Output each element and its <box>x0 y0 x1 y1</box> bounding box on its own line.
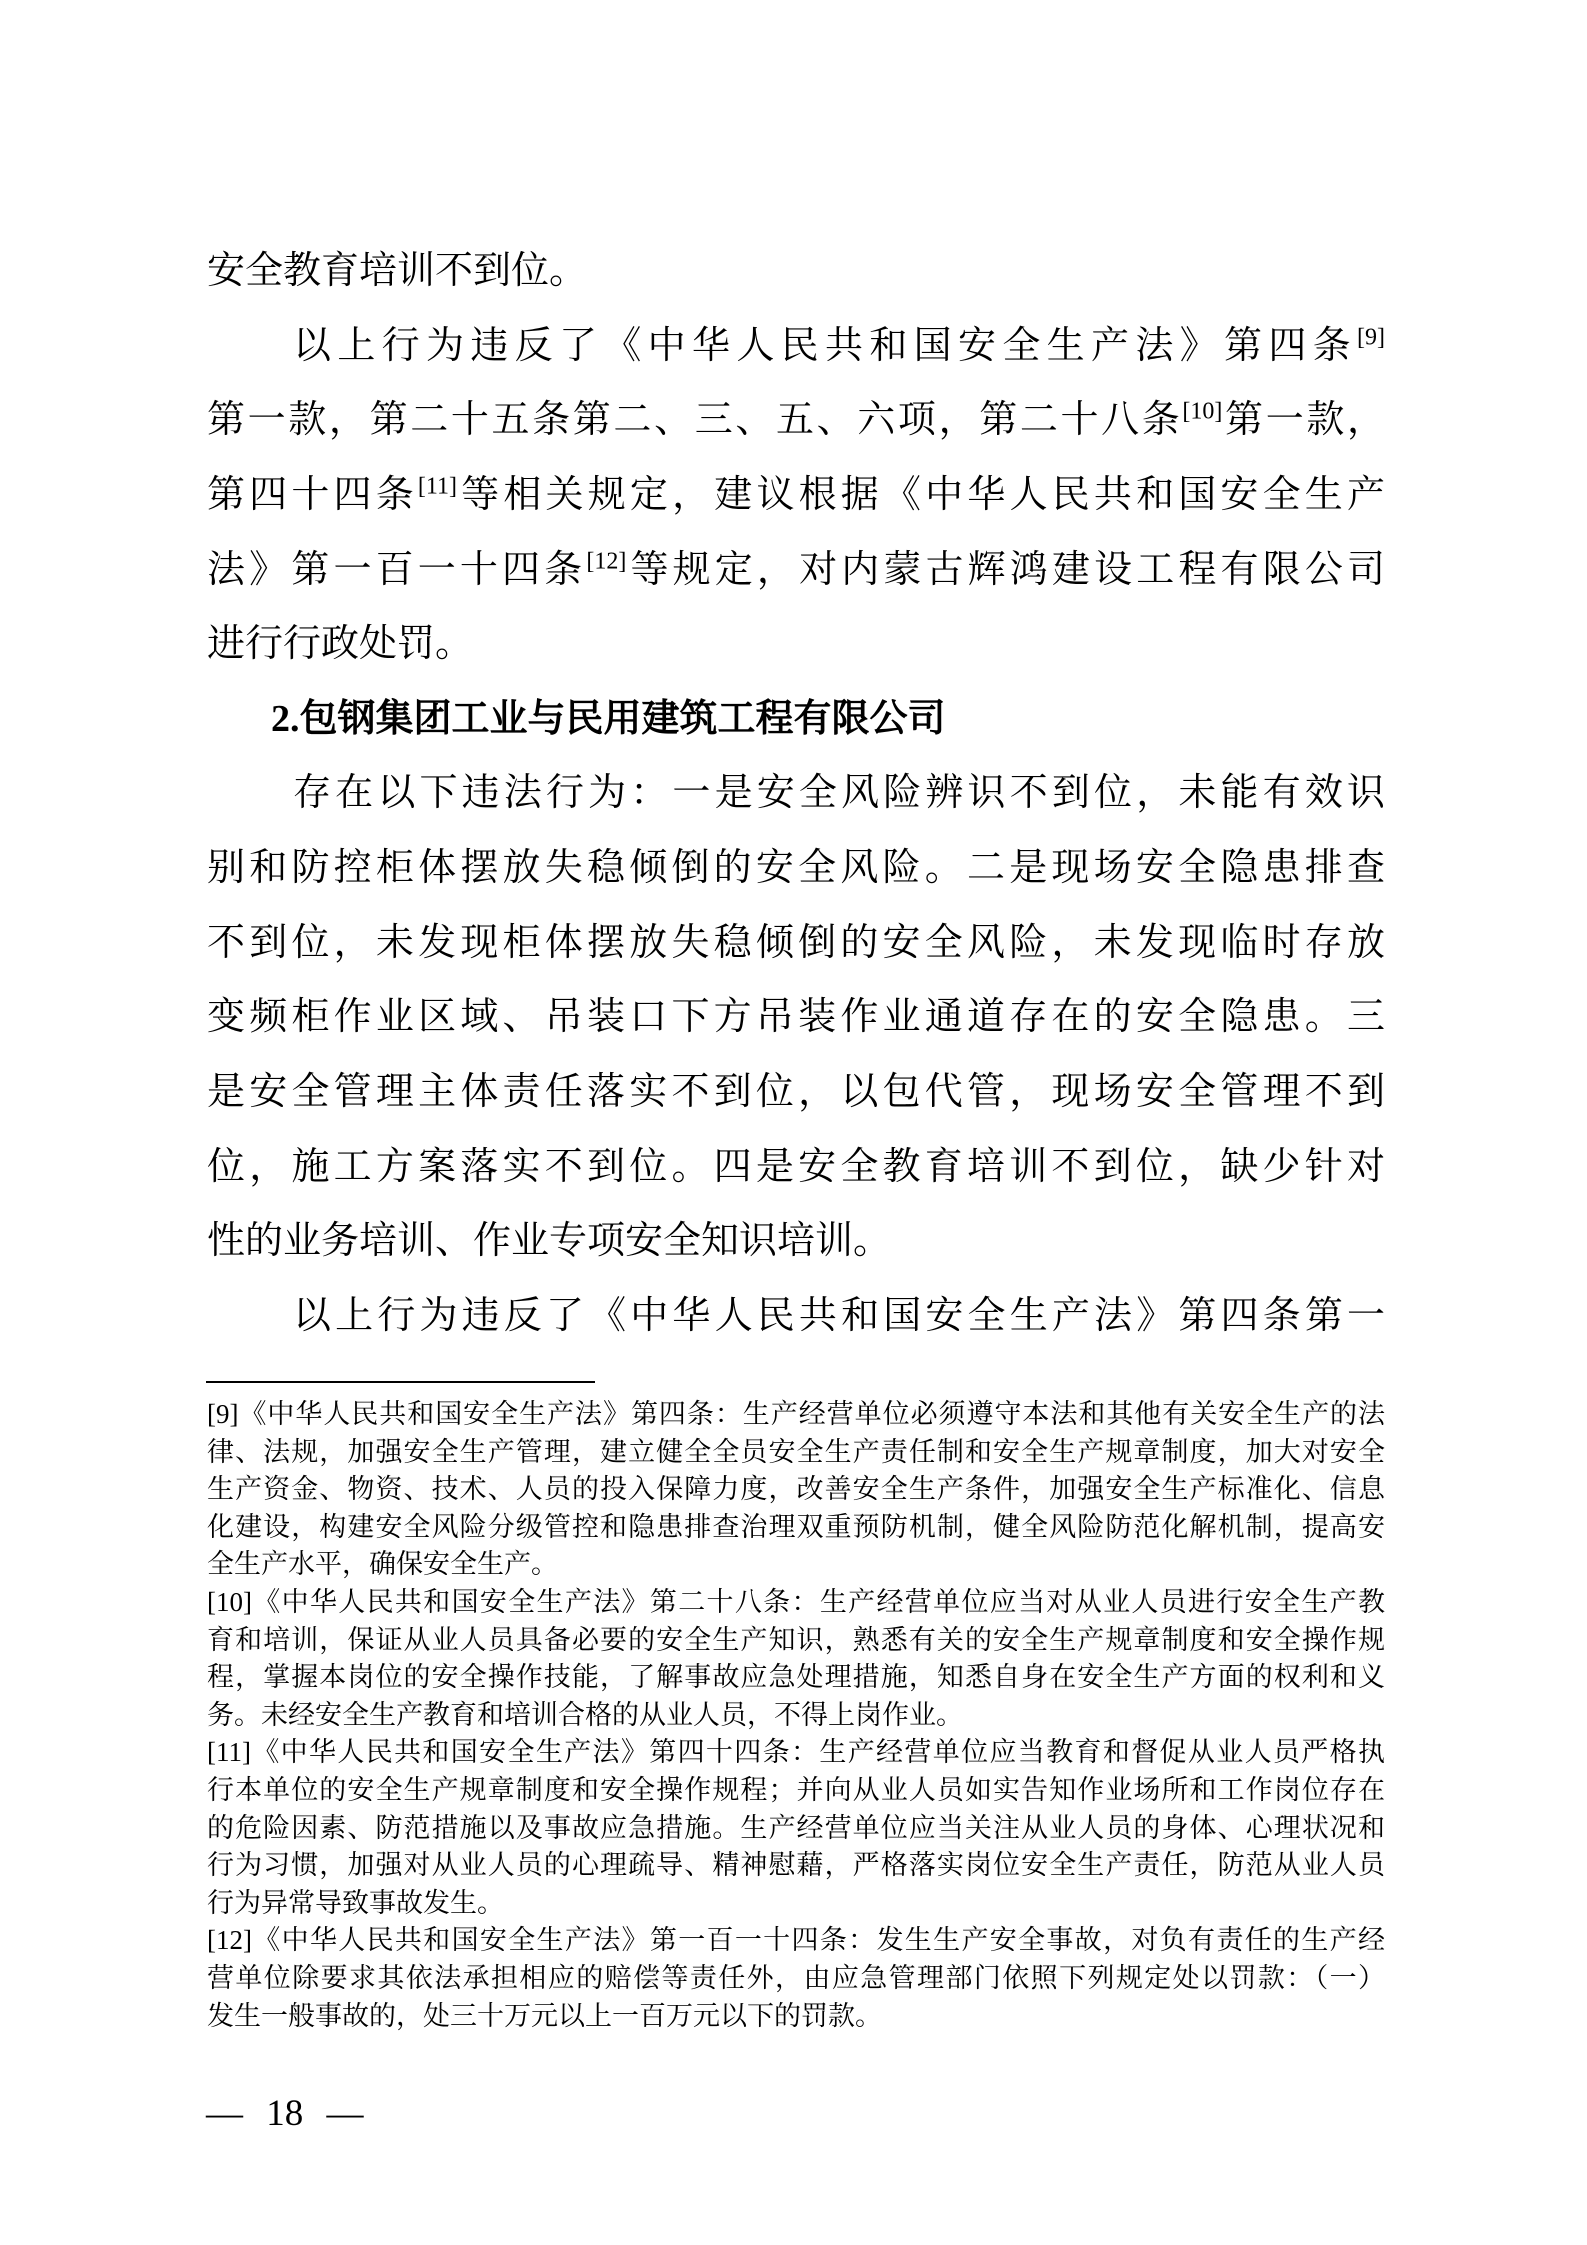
footnote-ref-superscript: [12] <box>586 548 626 574</box>
footnotes: [9]《中华人民共和国安全生产法》第四条：生产经营单位必须遵守本法和其他有关安全… <box>207 1396 1385 2035</box>
footnote-line: 生产资金、物资、技术、人员的投入保障力度，改善安全生产条件，加强安全生产标准化、… <box>207 1471 1385 1509</box>
body-text: 安全教育培训不到位。以上行为违反了《中华人民共和国安全生产法》第四条[9]第一款… <box>207 234 1385 1354</box>
footnote-ref-superscript: [11] <box>418 473 457 499</box>
body-line: 第四十四条[11]等相关规定，建议根据《中华人民共和国安全生产 <box>207 458 1385 533</box>
footnote-line: 程，掌握本岗位的安全操作技能，了解事故应急处理措施，知悉自身在安全生产方面的权利… <box>207 1659 1385 1697</box>
footnote-line: [12]《中华人民共和国安全生产法》第一百一十四条：发生生产安全事故，对负有责任… <box>207 1922 1385 1960</box>
footnote-line: 行本单位的安全生产规章制度和安全操作规程；并向从业人员如实告知作业场所和工作岗位… <box>207 1772 1385 1810</box>
footnote-line: [9]《中华人民共和国安全生产法》第四条：生产经营单位必须遵守本法和其他有关安全… <box>207 1396 1385 1434</box>
body-line: 以上行为违反了《中华人民共和国安全生产法》第四条[9] <box>207 309 1385 384</box>
footnote-line: [11]《中华人民共和国安全生产法》第四十四条：生产经营单位应当教育和督促从业人… <box>207 1734 1385 1772</box>
document-page: 安全教育培训不到位。以上行为违反了《中华人民共和国安全生产法》第四条[9]第一款… <box>0 0 1587 2245</box>
footnote-line: 发生一般事故的，处三十万元以上一百万元以下的罚款。 <box>207 1998 1385 2036</box>
footnote-line: 育和培训，保证从业人员具备必要的安全生产知识，熟悉有关的安全生产规章制度和安全操… <box>207 1622 1385 1660</box>
footnote-line: 的危险因素、防范措施以及事故应急措施。生产经营单位应当关注从业人员的身体、心理状… <box>207 1810 1385 1848</box>
body-line: 性的业务培训、作业专项安全知识培训。 <box>207 1204 1385 1279</box>
page-number: — 18 — <box>206 2092 364 2135</box>
section-heading: 2.包钢集团工业与民用建筑工程有限公司 <box>207 682 1385 757</box>
footnote-ref-superscript: [9] <box>1357 324 1385 350</box>
body-line: 位，施工方案落实不到位。四是安全教育培训不到位，缺少针对 <box>207 1130 1385 1205</box>
body-line: 是安全管理主体责任落实不到位，以包代管，现场安全管理不到 <box>207 1055 1385 1130</box>
body-line: 法》第一百一十四条[12]等规定，对内蒙古辉鸿建设工程有限公司 <box>207 533 1385 608</box>
body-line: 不到位，未发现柜体摆放失稳倾倒的安全风险，未发现临时存放 <box>207 906 1385 981</box>
body-line: 安全教育培训不到位。 <box>207 234 1385 309</box>
footnote-line: 全生产水平，确保安全生产。 <box>207 1546 1385 1584</box>
body-line: 进行行政处罚。 <box>207 607 1385 682</box>
footnote-separator <box>206 1381 595 1383</box>
footnote-line: 律、法规，加强安全生产管理，建立健全全员安全生产责任制和安全生产规章制度，加大对… <box>207 1434 1385 1472</box>
footnote-line: 营单位除要求其依法承担相应的赔偿等责任外，由应急管理部门依照下列规定处以罚款：（… <box>207 1960 1385 1998</box>
body-line: 存在以下违法行为：一是安全风险辨识不到位，未能有效识 <box>207 756 1385 831</box>
body-line: 以上行为违反了《中华人民共和国安全生产法》第四条第一 <box>207 1279 1385 1354</box>
footnote-line: 务。未经安全生产教育和培训合格的从业人员，不得上岗作业。 <box>207 1697 1385 1735</box>
footnote-line: 化建设，构建安全风险分级管控和隐患排查治理双重预防机制，健全风险防范化解机制，提… <box>207 1509 1385 1547</box>
body-line: 别和防控柜体摆放失稳倾倒的安全风险。二是现场安全隐患排查 <box>207 831 1385 906</box>
body-line: 变频柜作业区域、吊装口下方吊装作业通道存在的安全隐患。三 <box>207 980 1385 1055</box>
footnote-line: 行为习惯，加强对从业人员的心理疏导、精神慰藉，严格落实岗位安全生产责任，防范从业… <box>207 1847 1385 1885</box>
footnote-ref-superscript: [10] <box>1182 399 1222 425</box>
footnote-line: 行为异常导致事故发生。 <box>207 1885 1385 1923</box>
footnote-line: [10]《中华人民共和国安全生产法》第二十八条：生产经营单位应当对从业人员进行安… <box>207 1584 1385 1622</box>
body-line: 第一款，第二十五条第二、三、五、六项，第二十八条[10]第一款， <box>207 383 1385 458</box>
